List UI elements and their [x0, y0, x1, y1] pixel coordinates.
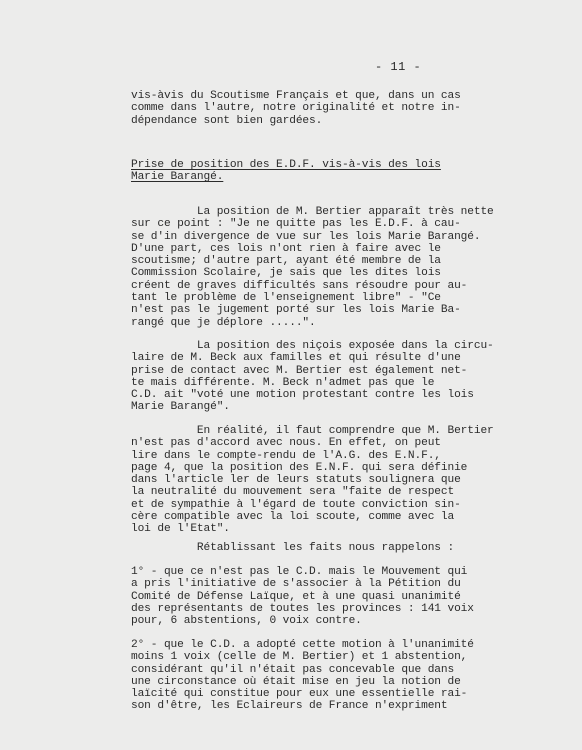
text-line: D'une part, ces lois n'ont rien à faire …: [131, 243, 471, 255]
text-line: la neutralité du mouvement sera "faite d…: [131, 486, 471, 498]
text-line: En réalité, il faut comprendre que M. Be…: [131, 425, 471, 437]
heading-line: Prise de position des E.D.F. vis-à-vis d…: [131, 159, 471, 171]
text-line: cère compatible avec la loi scoute, comm…: [131, 511, 471, 523]
text-line: C.D. ait "voté une motion protestant con…: [131, 389, 471, 401]
text-line: 1° - que ce n'est pas le C.D. mais le Mo…: [131, 566, 471, 578]
continuation-paragraph: vis-àvis du Scoutisme Français et que, d…: [131, 90, 471, 127]
text-line: prise de contact avec M. Bertier est éga…: [131, 365, 471, 377]
list-item-1: 1° - que ce n'est pas le C.D. mais le Mo…: [131, 566, 471, 627]
text-line: vis-àvis du Scoutisme Français et que, d…: [131, 90, 471, 102]
text-line: n'est pas le jugement porté sur les lois…: [131, 304, 471, 316]
text-line: et de sympathie à l'égard de toute convi…: [131, 499, 471, 511]
text-line: rangé que je déplore .....".: [131, 317, 471, 329]
paragraph-retablissant: Rétablissant les faits nous rappelons :: [131, 542, 471, 554]
section-heading: Prise de position des E.D.F. vis-à-vis d…: [131, 159, 471, 184]
text-line: se d'in divergence de vue sur les lois M…: [131, 231, 471, 243]
page-number: - 11 -: [375, 60, 421, 74]
text-line: Commission Scolaire, je sais que les dit…: [131, 267, 471, 279]
text-line: comme dans l'autre, notre originalité et…: [131, 102, 471, 114]
text-line: des représentants de toutes les province…: [131, 603, 471, 615]
paragraph-bertier-position: La position de M. Bertier apparaît très …: [131, 206, 471, 329]
text-line: tant le problème de l'enseignement libre…: [131, 292, 471, 304]
text-line: moins 1 voix (celle de M. Bertier) et 1 …: [131, 651, 471, 663]
text-line: Comité de Défense Laïque, et à une quasi…: [131, 591, 471, 603]
list-item-2: 2° - que le C.D. a adopté cette motion à…: [131, 639, 471, 713]
text-line: lire dans le compte-rendu de l'A.G. des …: [131, 450, 471, 462]
text-line: créent de graves difficultés sans résoud…: [131, 280, 471, 292]
paragraph-nicois-position: La position des niçois exposée dans la c…: [131, 340, 471, 414]
heading-line: Marie Barangé.: [131, 171, 471, 183]
text-line: La position des niçois exposée dans la c…: [131, 340, 471, 352]
text-line: a pris l'initiative de s'associer à la P…: [131, 578, 471, 590]
text-line: La position de M. Bertier apparaît très …: [131, 206, 471, 218]
text-line: Rétablissant les faits nous rappelons :: [131, 542, 471, 554]
text-line: pour, 6 abstentions, 0 voix contre.: [131, 615, 471, 627]
text-line: laïcité qui constitue pour eux une essen…: [131, 688, 471, 700]
text-line: Marie Barangé".: [131, 401, 471, 413]
text-line: te mais différente. M. Beck n'admet pas …: [131, 377, 471, 389]
text-line: loi de l'Etat".: [131, 523, 471, 535]
text-line: n'est pas d'accord avec nous. En effet, …: [131, 437, 471, 449]
text-line: page 4, que la position des E.N.F. qui s…: [131, 462, 471, 474]
text-line: son d'être, les Eclaireurs de France n'e…: [131, 700, 471, 712]
text-line: dépendance sont bien gardées.: [131, 115, 471, 127]
text-line: une circonstance où était mise en jeu la…: [131, 676, 471, 688]
text-line: scoutisme; d'autre part, ayant été membr…: [131, 255, 471, 267]
text-line: sur ce point : "Je ne quitte pas les E.D…: [131, 218, 471, 230]
text-line: 2° - que le C.D. a adopté cette motion à…: [131, 639, 471, 651]
document-page: - 11 - vis-àvis du Scoutisme Français et…: [0, 0, 582, 750]
text-line: laire de M. Beck aux familles et qui rés…: [131, 352, 471, 364]
paragraph-realite: En réalité, il faut comprendre que M. Be…: [131, 425, 471, 536]
text-line: dans l'article ler de leurs statuts soul…: [131, 474, 471, 486]
text-line: considérant qu'il n'était pas concevable…: [131, 664, 471, 676]
